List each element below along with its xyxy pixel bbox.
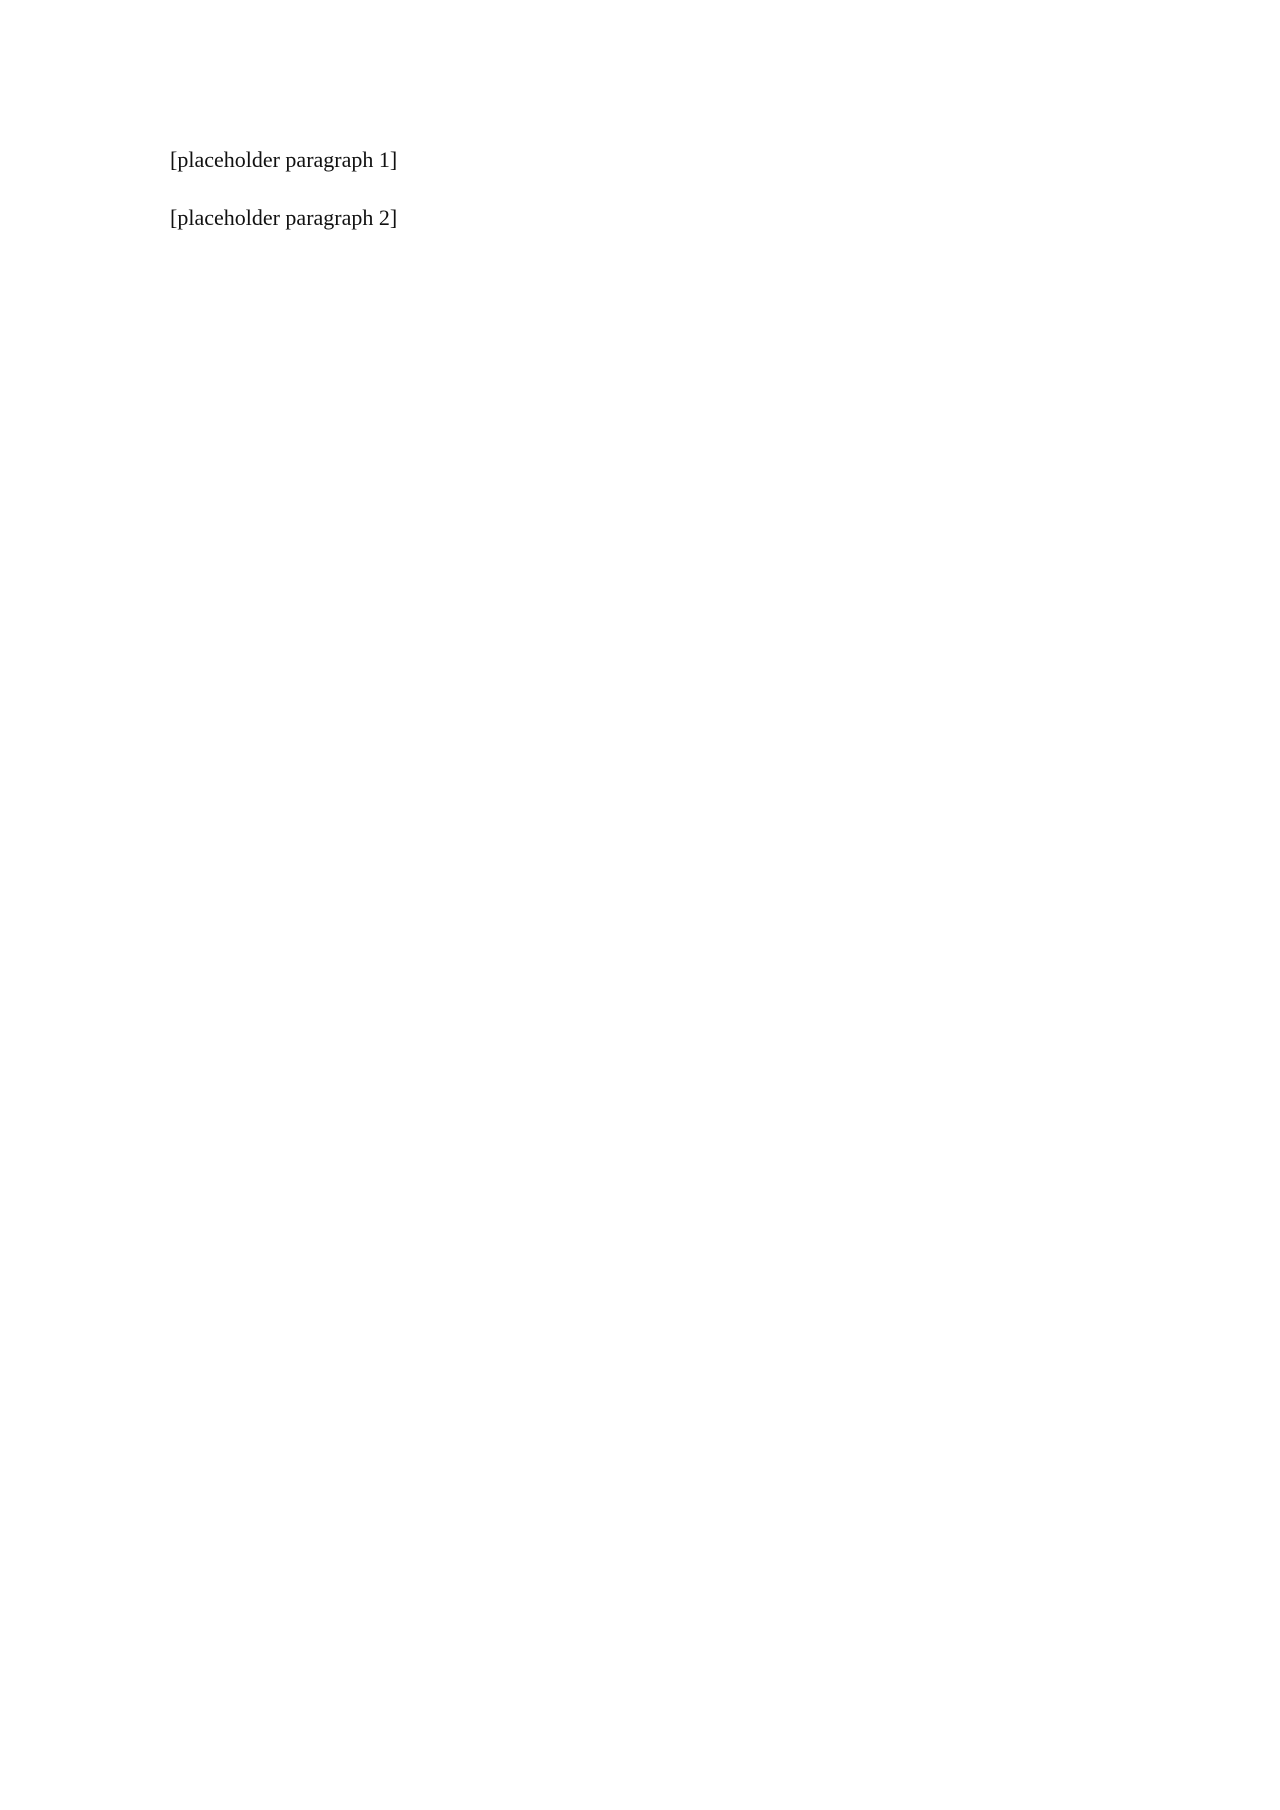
document-page: [placeholder paragraph 1][placeholder pa… — [0, 0, 1280, 1810]
paragraph: [placeholder paragraph 2] — [170, 198, 1110, 238]
paragraph: [placeholder paragraph 1] — [170, 140, 1110, 180]
text-content: [placeholder paragraph 1][placeholder pa… — [0, 0, 1280, 395]
